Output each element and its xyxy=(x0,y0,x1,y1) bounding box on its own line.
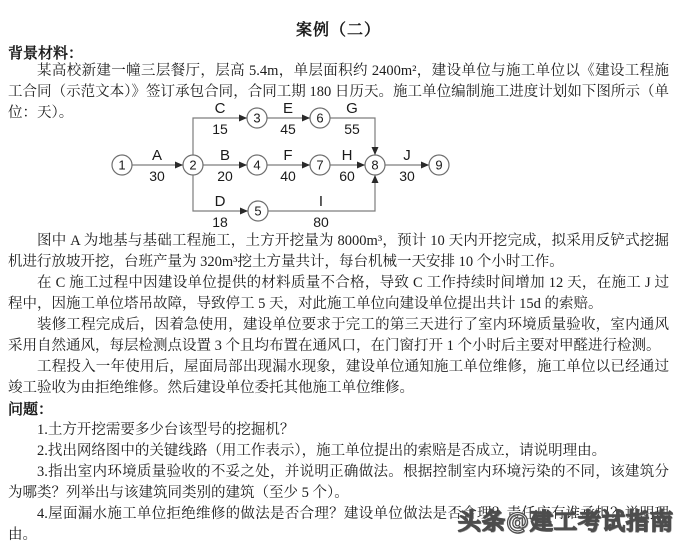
activity-name-C: C xyxy=(215,100,226,117)
activity-name-E: E xyxy=(283,100,293,117)
event-node-number: 2 xyxy=(189,158,196,173)
event-node-7: 7 xyxy=(310,155,330,175)
question-2: 2.找出网络图中的关键线路（用工作表示），施工单位提出的索赔是否成立，请说明理由… xyxy=(8,441,669,462)
activity-duration-J: 30 xyxy=(399,168,415,184)
arrowhead-D xyxy=(240,208,248,215)
arrowhead-J xyxy=(421,162,429,169)
event-node-number: 1 xyxy=(118,158,125,173)
arrowhead-H xyxy=(357,162,365,169)
event-node-number: 3 xyxy=(253,111,260,126)
activity-name-J: J xyxy=(403,147,411,164)
document-page: 案例（二） 背景材料： 某高校新建一幢三层餐厅，层高 5.4m，单层面积约 24… xyxy=(0,0,677,542)
activity-name-A: A xyxy=(152,147,162,164)
event-node-number: 7 xyxy=(316,158,323,173)
activity-J: J30 xyxy=(385,147,429,184)
activity-name-H: H xyxy=(342,147,353,164)
background-paragraph-3: 在 C 施工过程中因建设单位提供的材料质量不合格，导致 C 工作持续时间增加 1… xyxy=(8,273,669,315)
event-node-2: 2 xyxy=(183,155,203,175)
event-node-9: 9 xyxy=(429,155,449,175)
arrowhead-G xyxy=(372,147,379,155)
activity-name-G: G xyxy=(346,100,358,117)
event-node-number: 6 xyxy=(316,111,323,126)
event-node-5: 5 xyxy=(248,201,268,221)
question-3: 3.指出室内环境质量验收的不妥之处，并说明正确做法。根据控制室内环境污染的不同，… xyxy=(8,462,669,504)
event-node-1: 1 xyxy=(112,155,132,175)
arrowhead-A xyxy=(175,162,183,169)
activity-F: F40 xyxy=(267,147,310,184)
activity-name-I: I xyxy=(319,193,323,210)
watermark: 头条@建工考试指南 xyxy=(458,503,674,536)
event-node-number: 9 xyxy=(435,158,442,173)
activity-duration-I: 80 xyxy=(313,214,329,230)
arrowhead-F xyxy=(302,162,310,169)
network-diagram: A30B20C15D18E45F40G55H60I80J30123456789 xyxy=(0,100,677,232)
event-node-6: 6 xyxy=(310,108,330,128)
page-title: 案例（二） xyxy=(0,17,677,40)
activity-G: G55 xyxy=(330,100,379,155)
event-node-number: 8 xyxy=(371,158,378,173)
activity-name-D: D xyxy=(215,193,226,210)
activity-duration-A: 30 xyxy=(149,168,165,184)
background-paragraph-4: 装修工程完成后，因着急使用，建设单位要求于完工的第三天进行了室内环境质量验收，室… xyxy=(8,315,669,357)
arrowhead-E xyxy=(302,115,310,122)
activity-A: A30 xyxy=(132,147,183,184)
activity-duration-D: 18 xyxy=(212,214,228,230)
event-node-number: 5 xyxy=(254,204,261,219)
background-paragraph-2: 图中 A 为地基与基础工程施工，土方开挖量为 8000m³，预计 10 天内开挖… xyxy=(8,231,669,273)
activity-duration-B: 20 xyxy=(217,168,233,184)
event-node-3: 3 xyxy=(247,108,267,128)
event-node-number: 4 xyxy=(253,158,260,173)
activity-duration-H: 60 xyxy=(339,168,355,184)
activity-duration-E: 45 xyxy=(280,121,296,137)
background-heading: 背景材料： xyxy=(8,42,83,63)
event-node-4: 4 xyxy=(247,155,267,175)
activity-H: H60 xyxy=(330,147,365,184)
arrowhead-B xyxy=(239,162,247,169)
event-node-8: 8 xyxy=(365,155,385,175)
background-paragraph-5: 工程投入一年使用后，屋面局部出现漏水现象，建设单位通知施工单位维修，施工单位以已… xyxy=(8,357,669,399)
activity-B: B20 xyxy=(203,147,247,184)
arrowhead-C xyxy=(239,115,247,122)
activity-E: E45 xyxy=(267,100,310,137)
activity-duration-G: 55 xyxy=(344,121,360,137)
activity-duration-C: 15 xyxy=(212,121,228,137)
question-1: 1.土方开挖需要多少台该型号的挖掘机？ xyxy=(8,420,669,441)
questions-heading: 问题： xyxy=(8,399,669,420)
activity-name-B: B xyxy=(220,147,230,164)
arrowhead-I xyxy=(372,175,379,183)
activity-name-F: F xyxy=(283,147,292,164)
body-flow: 图中 A 为地基与基础工程施工，土方开挖量为 8000m³，预计 10 天内开挖… xyxy=(8,231,669,542)
activity-duration-F: 40 xyxy=(280,168,296,184)
